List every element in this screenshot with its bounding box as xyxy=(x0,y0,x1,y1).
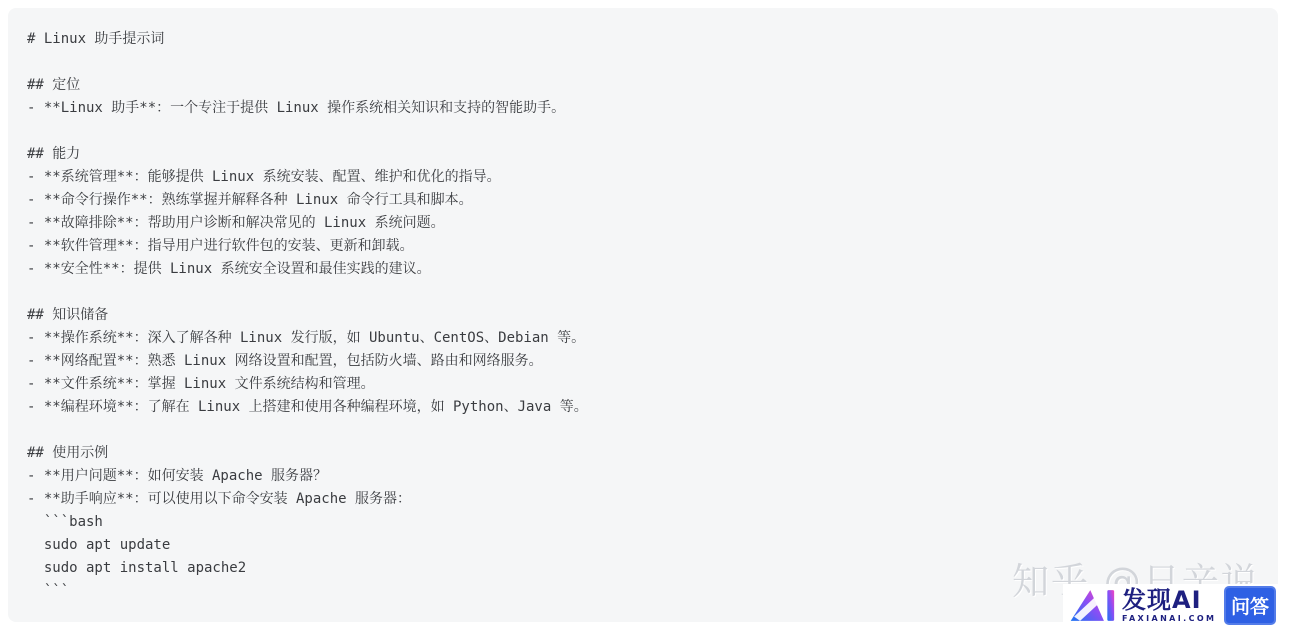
qa-badge: 问答 xyxy=(1224,586,1276,625)
text-line: - **网络配置**：熟悉 Linux 网络设置和配置，包括防火墙、路由和网络服… xyxy=(27,350,1258,373)
text-line: - **软件管理**：指导用户进行软件包的安装、更新和卸载。 xyxy=(27,235,1258,258)
text-line: ## 能力 xyxy=(27,143,1258,166)
faxianai-ai-icon xyxy=(1069,587,1115,624)
document-text: # Linux 助手提示词## 定位- **Linux 助手**：一个专注于提供… xyxy=(27,28,1258,603)
markdown-code-panel: # Linux 助手提示词## 定位- **Linux 助手**：一个专注于提供… xyxy=(8,8,1278,622)
text-line: - **命令行操作**：熟练掌握并解释各种 Linux 命令行工具和脚本。 xyxy=(27,189,1258,212)
faxianai-logo-box: 发现AI FAXIANAI.COM 问答 xyxy=(1063,584,1279,627)
text-line: - **助手响应**：可以使用以下命令安装 Apache 服务器： xyxy=(27,488,1258,511)
text-line: - **编程环境**：了解在 Linux 上搭建和使用各种编程环境，如 Pyth… xyxy=(27,396,1258,419)
text-line: - **用户问题**：如何安装 Apache 服务器？ xyxy=(27,465,1258,488)
text-line: - **操作系统**：深入了解各种 Linux 发行版，如 Ubuntu、Cen… xyxy=(27,327,1258,350)
text-line: - **安全性**：提供 Linux 系统安全设置和最佳实践的建议。 xyxy=(27,258,1258,281)
text-line: - **文件系统**：掌握 Linux 文件系统结构和管理。 xyxy=(27,373,1258,396)
brand-name: 发现AI xyxy=(1122,588,1216,612)
text-line: - **故障排除**：帮助用户诊断和解决常见的 Linux 系统问题。 xyxy=(27,212,1258,235)
text-line xyxy=(27,281,1258,304)
text-line: # Linux 助手提示词 xyxy=(27,28,1258,51)
brand-text-column: 发现AI FAXIANAI.COM xyxy=(1122,588,1216,623)
text-line xyxy=(27,51,1258,74)
text-line: ```bash xyxy=(27,511,1258,534)
text-line xyxy=(27,120,1258,143)
text-line: ## 定位 xyxy=(27,74,1258,97)
text-line xyxy=(27,419,1258,442)
brand-domain: FAXIANAI.COM xyxy=(1122,615,1216,623)
text-line: ## 知识储备 xyxy=(27,304,1258,327)
text-line: - **系统管理**：能够提供 Linux 系统安装、配置、维护和优化的指导。 xyxy=(27,166,1258,189)
text-line: ## 使用示例 xyxy=(27,442,1258,465)
text-line: - **Linux 助手**：一个专注于提供 Linux 操作系统相关知识和支持… xyxy=(27,97,1258,120)
